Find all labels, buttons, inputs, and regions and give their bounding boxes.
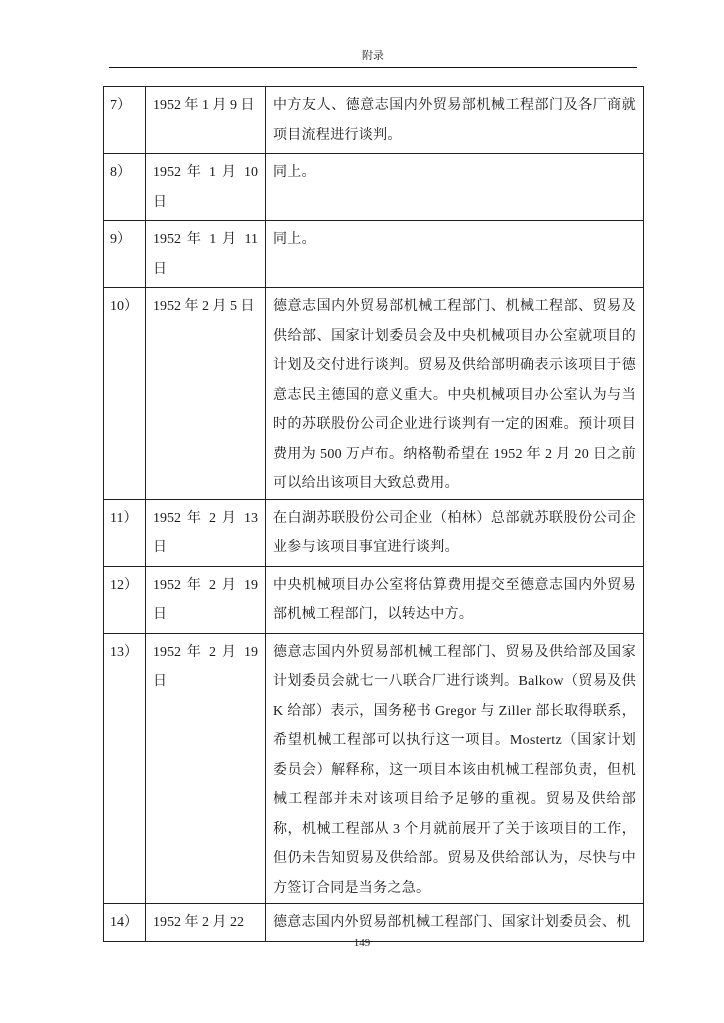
table-row: 13） 1952 年 2 月 19 日 德意志国内外贸易部机械工程部门、贸易及供… — [104, 633, 644, 904]
row-description: 中央机械项目办公室将估算费用提交至德意志国内外贸易部机械工程部门，以转达中方。 — [266, 566, 644, 633]
row-description: 同上。 — [266, 154, 644, 221]
row-number: 8） — [104, 154, 146, 221]
table-row: 7） 1952 年 1 月 9 日 中方友人、德意志国内外贸易部机械工程部门及各… — [104, 87, 644, 154]
running-header: 附录 — [109, 47, 637, 63]
row-number: 9） — [104, 221, 146, 288]
row-number: 10） — [104, 288, 146, 500]
row-date: 1952 年 1 月 9 日 — [146, 87, 266, 154]
page-number: 149 — [0, 937, 724, 949]
row-date: 1952 年 2 月 5 日 — [146, 288, 266, 500]
row-date: 1952 年 2 月 13 日 — [146, 499, 266, 566]
row-description: 德意志国内外贸易部机械工程部门、国家计划委员会、机 — [266, 904, 644, 942]
row-number: 13） — [104, 633, 146, 904]
table-row: 14） 1952 年 2 月 22 德意志国内外贸易部机械工程部门、国家计划委员… — [104, 904, 644, 942]
table-row: 12） 1952 年 2 月 19 日 中央机械项目办公室将估算费用提交至德意志… — [104, 566, 644, 633]
header-rule — [109, 67, 637, 68]
row-date: 1952 年 1 月 10 日 — [146, 154, 266, 221]
row-number: 7） — [104, 87, 146, 154]
table-row: 9） 1952 年 1 月 11 日 同上。 — [104, 221, 644, 288]
table-row: 10） 1952 年 2 月 5 日 德意志国内外贸易部机械工程部门、机械工程部… — [104, 288, 644, 500]
row-description: 德意志国内外贸易部机械工程部门、机械工程部、贸易及供给部、国家计划委员会及中央机… — [266, 288, 644, 500]
row-description: 德意志国内外贸易部机械工程部门、贸易及供给部及国家计划委员会就七一八联合厂进行谈… — [266, 633, 644, 904]
row-date: 1952 年 2 月 19 日 — [146, 633, 266, 904]
row-number: 14） — [104, 904, 146, 942]
row-date: 1952 年 2 月 19 日 — [146, 566, 266, 633]
row-date: 1952 年 2 月 22 — [146, 904, 266, 942]
row-description: 在白湖苏联股份公司企业（柏林）总部就苏联股份公司企业参与该项目事宜进行谈判。 — [266, 499, 644, 566]
row-number: 11） — [104, 499, 146, 566]
row-description: 中方友人、德意志国内外贸易部机械工程部门及各厂商就项目流程进行谈判。 — [266, 87, 644, 154]
chronology-table: 7） 1952 年 1 月 9 日 中方友人、德意志国内外贸易部机械工程部门及各… — [103, 86, 644, 942]
table-row: 11） 1952 年 2 月 13 日 在白湖苏联股份公司企业（柏林）总部就苏联… — [104, 499, 644, 566]
row-number: 12） — [104, 566, 146, 633]
table-row: 8） 1952 年 1 月 10 日 同上。 — [104, 154, 644, 221]
row-description: 同上。 — [266, 221, 644, 288]
row-date: 1952 年 1 月 11 日 — [146, 221, 266, 288]
